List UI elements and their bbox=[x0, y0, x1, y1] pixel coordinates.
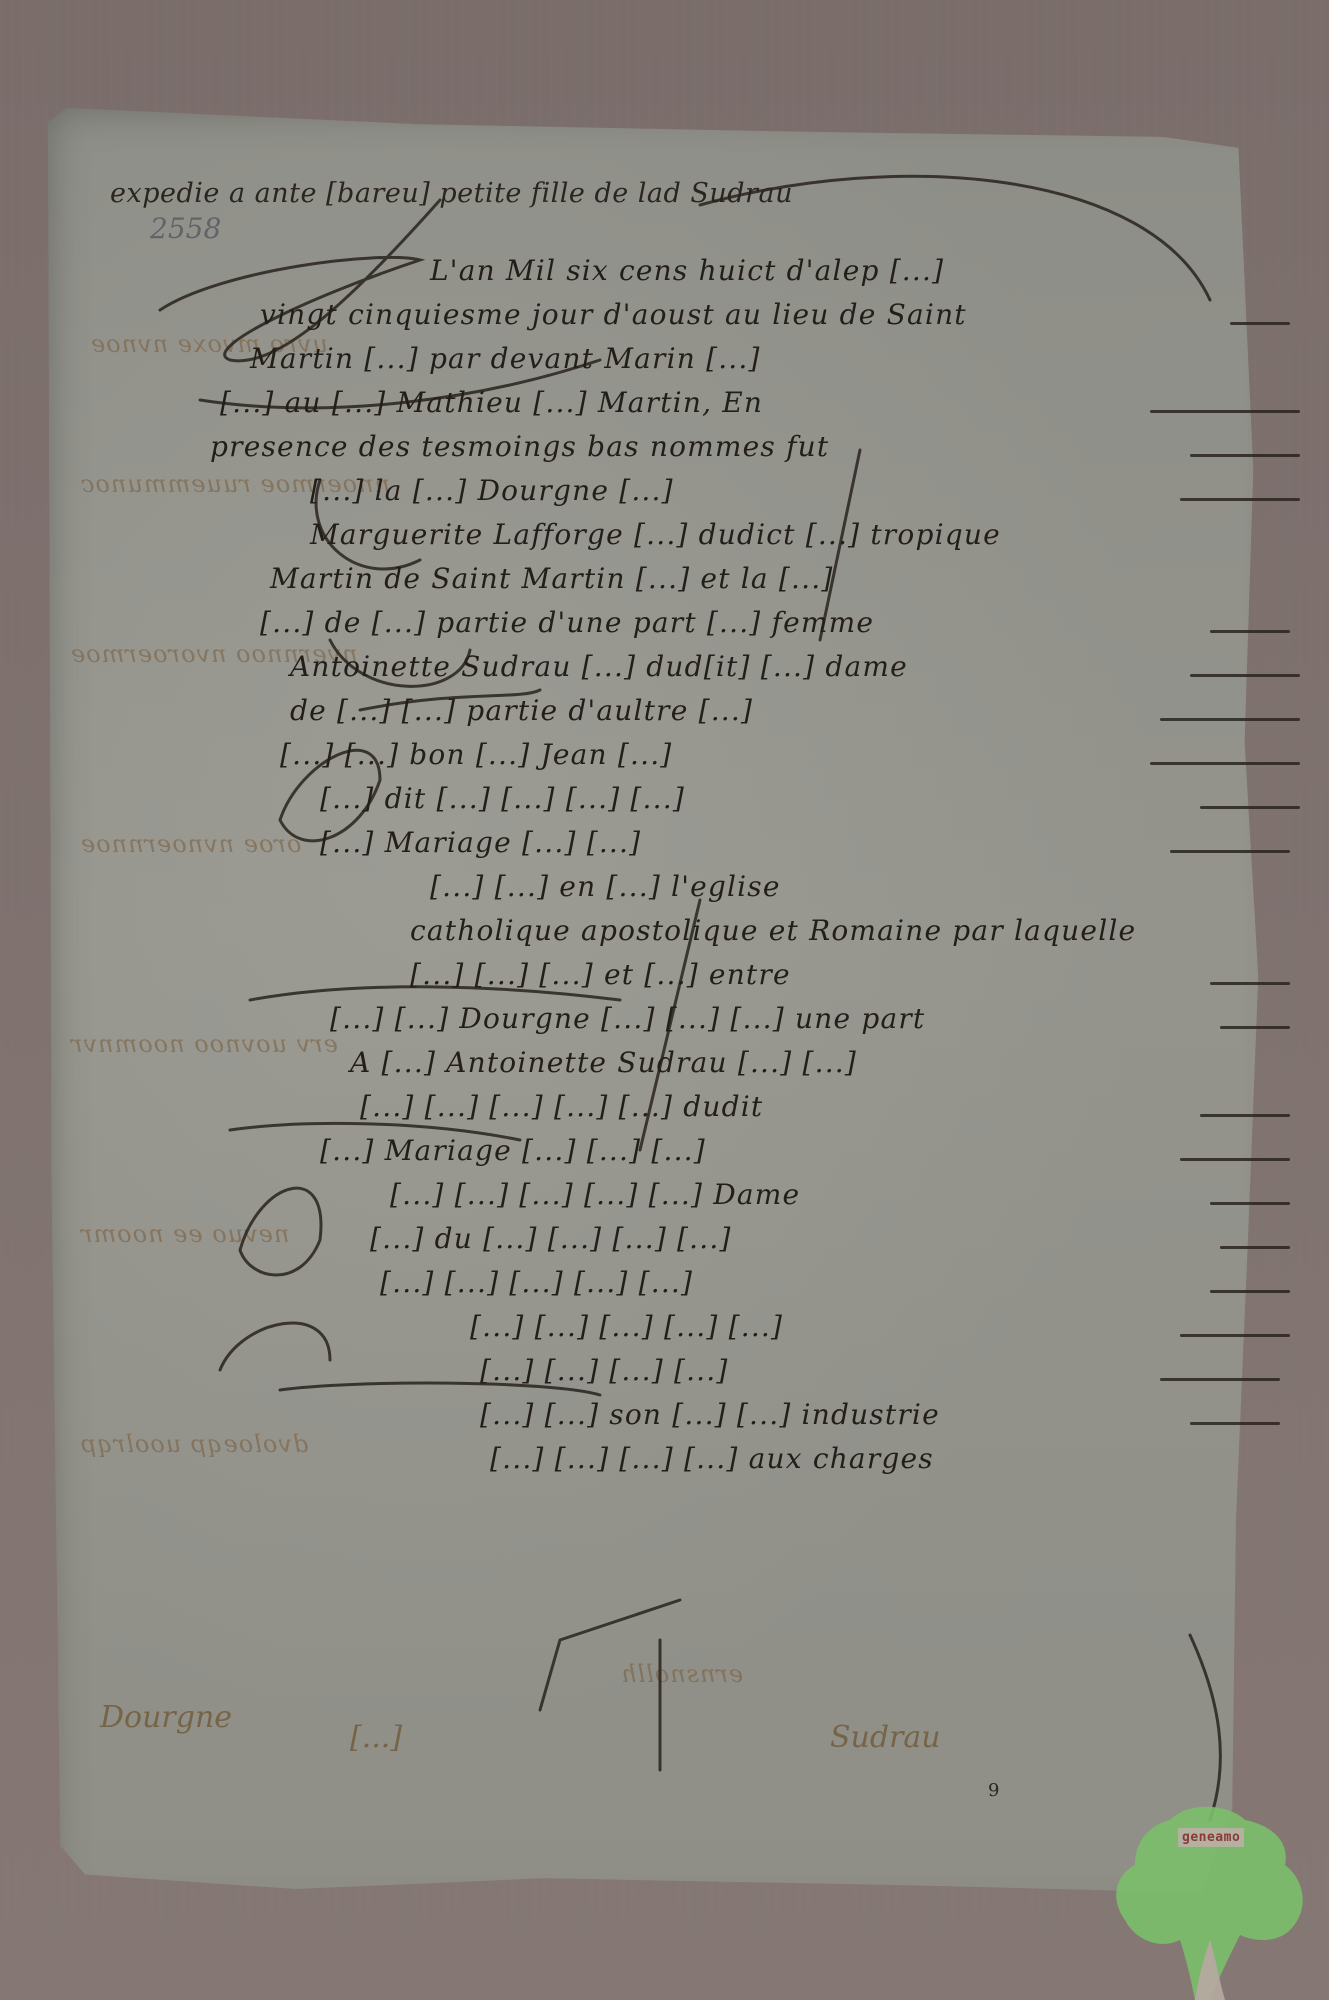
text-line: [...] [...] [...] [...] [...] dudit bbox=[150, 1086, 1290, 1130]
signature: Sudrau bbox=[830, 1720, 941, 1755]
text-line: [...] Mariage [...] [...] [...] bbox=[150, 1130, 1290, 1174]
text-line: A [...] Antoinette Sudrau [...] [...] bbox=[150, 1042, 1290, 1086]
watermark-label: geneamo bbox=[1178, 1828, 1244, 1847]
text-line: [...] [...] [...] [...] [...] bbox=[150, 1262, 1290, 1306]
text-line: L'an Mil six cens huict d'alep [...] bbox=[150, 250, 1290, 294]
text-line: de [...] [...] partie d'aultre [...] bbox=[150, 690, 1290, 734]
signature: Dourgne bbox=[100, 1700, 232, 1735]
tree-icon bbox=[1100, 1780, 1329, 2000]
text-line: catholique apostolique et Romaine par la… bbox=[150, 910, 1290, 954]
signature: [...] bbox=[350, 1720, 402, 1755]
folio-mark: 2558 bbox=[150, 212, 221, 245]
text-line: [...] de [...] partie d'une part [...] f… bbox=[150, 602, 1290, 646]
text-line: [...] Mariage [...] [...] bbox=[150, 822, 1290, 866]
text-line: [...] [...] Dourgne [...] [...] [...] un… bbox=[150, 998, 1290, 1042]
text-line: [...] [...] son [...] [...] industrie bbox=[150, 1394, 1290, 1438]
text-line: vingt cinquiesme jour d'aoust au lieu de… bbox=[150, 294, 1290, 338]
text-line: [...] [...] bon [...] Jean [...] bbox=[150, 734, 1290, 778]
text-line: Marguerite Lafforge [...] dudict [...] t… bbox=[150, 514, 1290, 558]
bleed-through-text: ernsnollh bbox=[620, 1660, 743, 1688]
text-line: [...] [...] [...] [...] bbox=[150, 1350, 1290, 1394]
text-line: [...] au [...] Mathieu [...] Martin, En bbox=[150, 382, 1290, 426]
text-line: Martin [...] par devant Marin [...] bbox=[150, 338, 1290, 382]
text-line: Martin de Saint Martin [...] et la [...] bbox=[150, 558, 1290, 602]
text-line: [...] [...] [...] et [...] entre bbox=[150, 954, 1290, 998]
text-line: [...] [...] [...] [...] [...] Dame bbox=[150, 1174, 1290, 1218]
text-line: [...] [...] [...] [...] aux charges bbox=[150, 1438, 1290, 1482]
manuscript-body: L'an Mil six cens huict d'alep [...] vin… bbox=[150, 250, 1290, 1482]
text-line: [...] du [...] [...] [...] [...] bbox=[150, 1218, 1290, 1262]
text-line: presence des tesmoings bas nommes fut bbox=[150, 426, 1290, 470]
text-line: [...] [...] [...] [...] [...] bbox=[150, 1306, 1290, 1350]
text-line: [...] dit [...] [...] [...] [...] bbox=[150, 778, 1290, 822]
text-line: [...] [...] en [...] l'eglise bbox=[150, 866, 1290, 910]
text-line: Antoinette Sudrau [...] dud[it] [...] da… bbox=[150, 646, 1290, 690]
top-annotation: expedie a ante [bareu] petite fille de l… bbox=[110, 178, 793, 209]
text-line: [...] la [...] Dourgne [...] bbox=[150, 470, 1290, 514]
page-number: 9 bbox=[988, 1780, 999, 1801]
